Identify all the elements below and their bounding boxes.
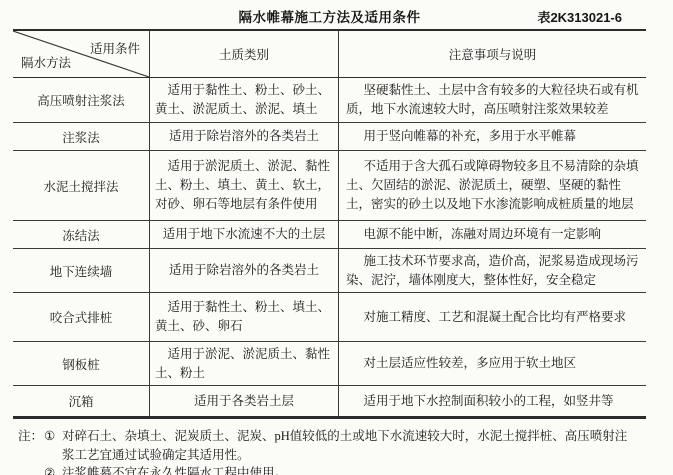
remark-text: 不适用于含大孤石或障碍物较多且不易清除的杂填土、欠固结的淤泥、淤泥质土，硬塑、坚… (339, 157, 646, 214)
soil-cell: 适用于除岩溶外的各类岩土 (150, 123, 339, 150)
soil-cell: 适用于除岩溶外的各类岩土 (150, 249, 339, 292)
remark-text: 适用于地下水控制面积较小的工程，如竖井等 (339, 392, 620, 411)
remark-cell: 适用于地下水控制面积较小的工程，如竖井等 (339, 386, 646, 416)
table-row: 冻结法 适用于地下水流速不大的土层 电源不能中断，冻融对周边环境有一定影响 (13, 221, 646, 249)
table-row: 地下连续墙 适用于除岩溶外的各类岩土 施工技术环节要求高，造价高，泥浆易造成现场… (13, 249, 646, 293)
table-row: 咬合式排桩 适用于黏性土、粉土、填土、黄土、砂、卵石 对施工精度、工艺和混凝土配… (13, 293, 646, 342)
remark-cell: 电源不能中断，冻融对周边环境有一定影响 (339, 221, 646, 248)
soil-text: 适用于黏性土、粉土、砂土、黄土、淤泥质土、淤泥、填土 (150, 81, 338, 119)
table-row: 沉箱 适用于各类岩土层 适用于地下水控制面积较小的工程，如竖井等 (13, 386, 646, 416)
method-cell: 地下连续墙 (13, 249, 150, 292)
soil-text: 适用于除岩溶外的各类岩土 (169, 127, 319, 146)
soil-text: 适用于淤泥质土、淤泥、黏性土、粉土、填土、黄土、软土，对砂、卵石等地层有条件使用 (150, 157, 338, 214)
table-row: 注浆法 适用于除岩溶外的各类岩土 用于竖向帷幕的补充，多用于水平帷幕 (13, 123, 646, 151)
table-number: 表2K313021-6 (537, 7, 622, 26)
method-cell: 沉箱 (13, 386, 150, 416)
method-label: 沉箱 (68, 392, 93, 410)
method-cell: 水泥土搅拌法 (13, 151, 150, 220)
soil-text: 适用于淤泥、淤泥质土、黏性土、粉土 (150, 345, 338, 383)
footnote-text: 注浆帷幕不宜在永久性隔水工程中使用。 (62, 464, 287, 475)
header-corner-conditions: 适用条件 (90, 39, 140, 57)
soil-text: 适用于黏性土、粉土、填土、黄土、砂、卵石 (150, 298, 338, 336)
remark-text: 施工技术环节要求高，造价高，泥浆易造成现场污染、泥泞，墙体刚度大，整体性好，安全… (339, 252, 646, 290)
method-label: 高压喷射注浆法 (37, 91, 125, 109)
remark-cell: 不适用于含大孤石或障碍物较多且不易清除的杂填土、欠固结的淤泥、淤泥质土，硬塑、坚… (339, 151, 646, 220)
soil-cell: 适用于各类岩土层 (150, 386, 339, 416)
method-label: 钢板桩 (62, 355, 100, 373)
table-row: 高压喷射注浆法 适用于黏性土、粉土、砂土、黄土、淤泥质土、淤泥、填土 坚硬黏性土… (13, 78, 646, 123)
remark-cell: 对土层适应性较差，多应用于软土地区 (339, 342, 646, 385)
soil-cell: 适用于黏性土、粉土、填土、黄土、砂、卵石 (150, 293, 339, 341)
soil-text: 适用于除岩溶外的各类岩土 (169, 261, 319, 280)
table-header-row: 适用条件 隔水方法 土质类别 注意事项与说明 (13, 31, 646, 78)
diagonal-header-cell: 适用条件 隔水方法 (13, 31, 150, 77)
remark-text: 对土层适应性较差，多应用于软土地区 (339, 354, 582, 373)
header-soil-type: 土质类别 (150, 31, 339, 77)
footnote-item: ① 对碎石土、杂填土、泥炭质土、泥炭、pH值较低的土或地下水流速较大时，水泥土搅… (44, 427, 673, 464)
method-label: 水泥土搅拌法 (43, 177, 118, 195)
footnotes: 注： ① 对碎石土、杂填土、泥炭质土、泥炭、pH值较低的土或地下水流速较大时，水… (18, 427, 673, 475)
remark-text: 用于竖向帷幕的补充，多用于水平帷幕 (339, 127, 582, 146)
footnotes-label: 注： (18, 427, 44, 475)
remark-cell: 施工技术环节要求高，造价高，泥浆易造成现场污染、泥泞，墙体刚度大，整体性好，安全… (339, 249, 646, 292)
title-row: 隔水帷幕施工方法及适用条件 表2K313021-6 (13, 6, 646, 25)
method-table: 适用条件 隔水方法 土质类别 注意事项与说明 高压喷射注浆法 适用于黏性土、粉土… (13, 29, 646, 419)
soil-cell: 适用于淤泥、淤泥质土、黏性土、粉土 (150, 342, 339, 385)
header-remarks: 注意事项与说明 (339, 31, 646, 77)
method-label: 注浆法 (62, 128, 100, 146)
soil-cell: 适用于地下水流速不大的土层 (150, 221, 339, 248)
method-label: 地下连续墙 (50, 262, 113, 280)
remark-text: 电源不能中断，冻融对周边环境有一定影响 (339, 225, 607, 244)
soil-text: 适用于各类岩土层 (194, 392, 294, 411)
remark-cell: 对施工精度、工艺和混凝土配合比均有严格要求 (339, 293, 646, 341)
soil-cell: 适用于黏性土、粉土、砂土、黄土、淤泥质土、淤泥、填土 (150, 78, 339, 122)
footnote-item: ② 注浆帷幕不宜在永久性隔水工程中使用。 (44, 464, 673, 475)
method-cell: 咬合式排桩 (13, 293, 150, 341)
table-row: 水泥土搅拌法 适用于淤泥质土、淤泥、黏性土、粉土、填土、黄土、软土，对砂、卵石等… (13, 151, 646, 221)
remark-text: 对施工精度、工艺和混凝土配合比均有严格要求 (339, 308, 632, 327)
soil-cell: 适用于淤泥质土、淤泥、黏性土、粉土、填土、黄土、软土，对砂、卵石等地层有条件使用 (150, 151, 339, 220)
method-label: 冻结法 (62, 226, 100, 244)
footnotes-items: ① 对碎石土、杂填土、泥炭质土、泥炭、pH值较低的土或地下水流速较大时，水泥土搅… (44, 427, 673, 475)
method-cell: 钢板桩 (13, 342, 150, 385)
method-cell: 注浆法 (13, 123, 150, 150)
footnote-text: 对碎石土、杂填土、泥炭质土、泥炭、pH值较低的土或地下水流速较大时，水泥土搅拌桩… (62, 427, 636, 464)
method-label: 咬合式排桩 (50, 308, 113, 326)
method-cell: 高压喷射注浆法 (13, 78, 150, 122)
table-row: 钢板桩 适用于淤泥、淤泥质土、黏性土、粉土 对土层适应性较差，多应用于软土地区 (13, 342, 646, 386)
header-corner-methods: 隔水方法 (21, 53, 71, 71)
footnote-number: ② (44, 464, 62, 475)
remark-text: 坚硬黏性土、土层中含有较多的大粒径块石或有机质，地下水流速较大时，高压喷射注浆效… (339, 81, 646, 119)
remark-cell: 坚硬黏性土、土层中含有较多的大粒径块石或有机质，地下水流速较大时，高压喷射注浆效… (339, 78, 646, 122)
soil-text: 适用于地下水流速不大的土层 (163, 225, 326, 244)
method-cell: 冻结法 (13, 221, 150, 248)
remark-cell: 用于竖向帷幕的补充，多用于水平帷幕 (339, 123, 646, 150)
footnote-number: ① (44, 427, 62, 464)
